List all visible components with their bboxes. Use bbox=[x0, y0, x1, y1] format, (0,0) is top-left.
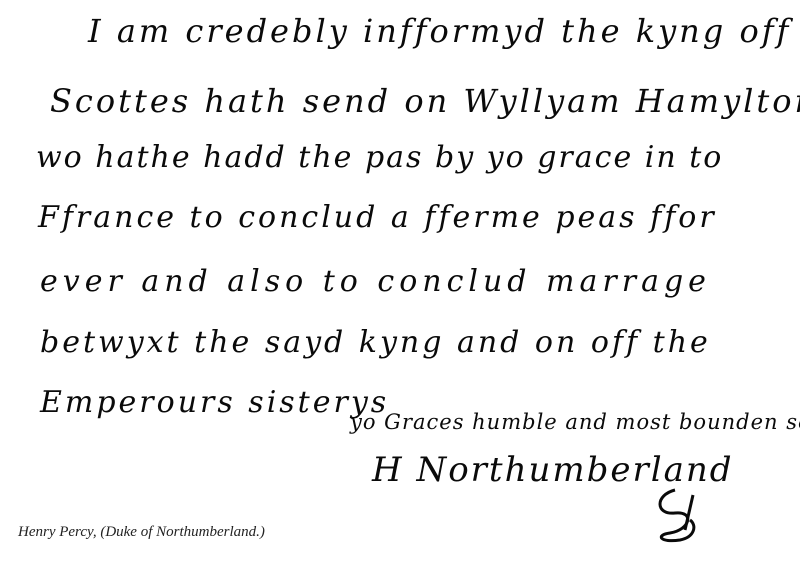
manuscript-line-3: wo hathe hadd the pas by yo grace in to bbox=[36, 140, 723, 175]
manuscript-line-2: Scottes hath send on Wyllyam Hamylton bbox=[50, 82, 800, 120]
signature: H Northumberland bbox=[372, 450, 734, 490]
manuscript-line-6: betwyxt the sayd kyng and on off the bbox=[40, 325, 711, 360]
closing-line: yo Graces humble and most bounden servan… bbox=[350, 410, 800, 434]
manuscript-line-7: Emperours sisterys bbox=[40, 385, 389, 420]
manuscript-line-4: Ffrance to conclud a fferme peas ffor bbox=[38, 200, 717, 235]
manuscript-page: I am credebly infformyd the kyng off Sco… bbox=[0, 0, 800, 561]
signature-flourish-icon bbox=[645, 485, 705, 545]
manuscript-line-5: ever and also to conclud marrage bbox=[40, 264, 711, 299]
caption: Henry Percy, (Duke of Northumberland.) bbox=[18, 524, 265, 541]
manuscript-line-1: I am credebly infformyd the kyng off bbox=[88, 12, 791, 50]
